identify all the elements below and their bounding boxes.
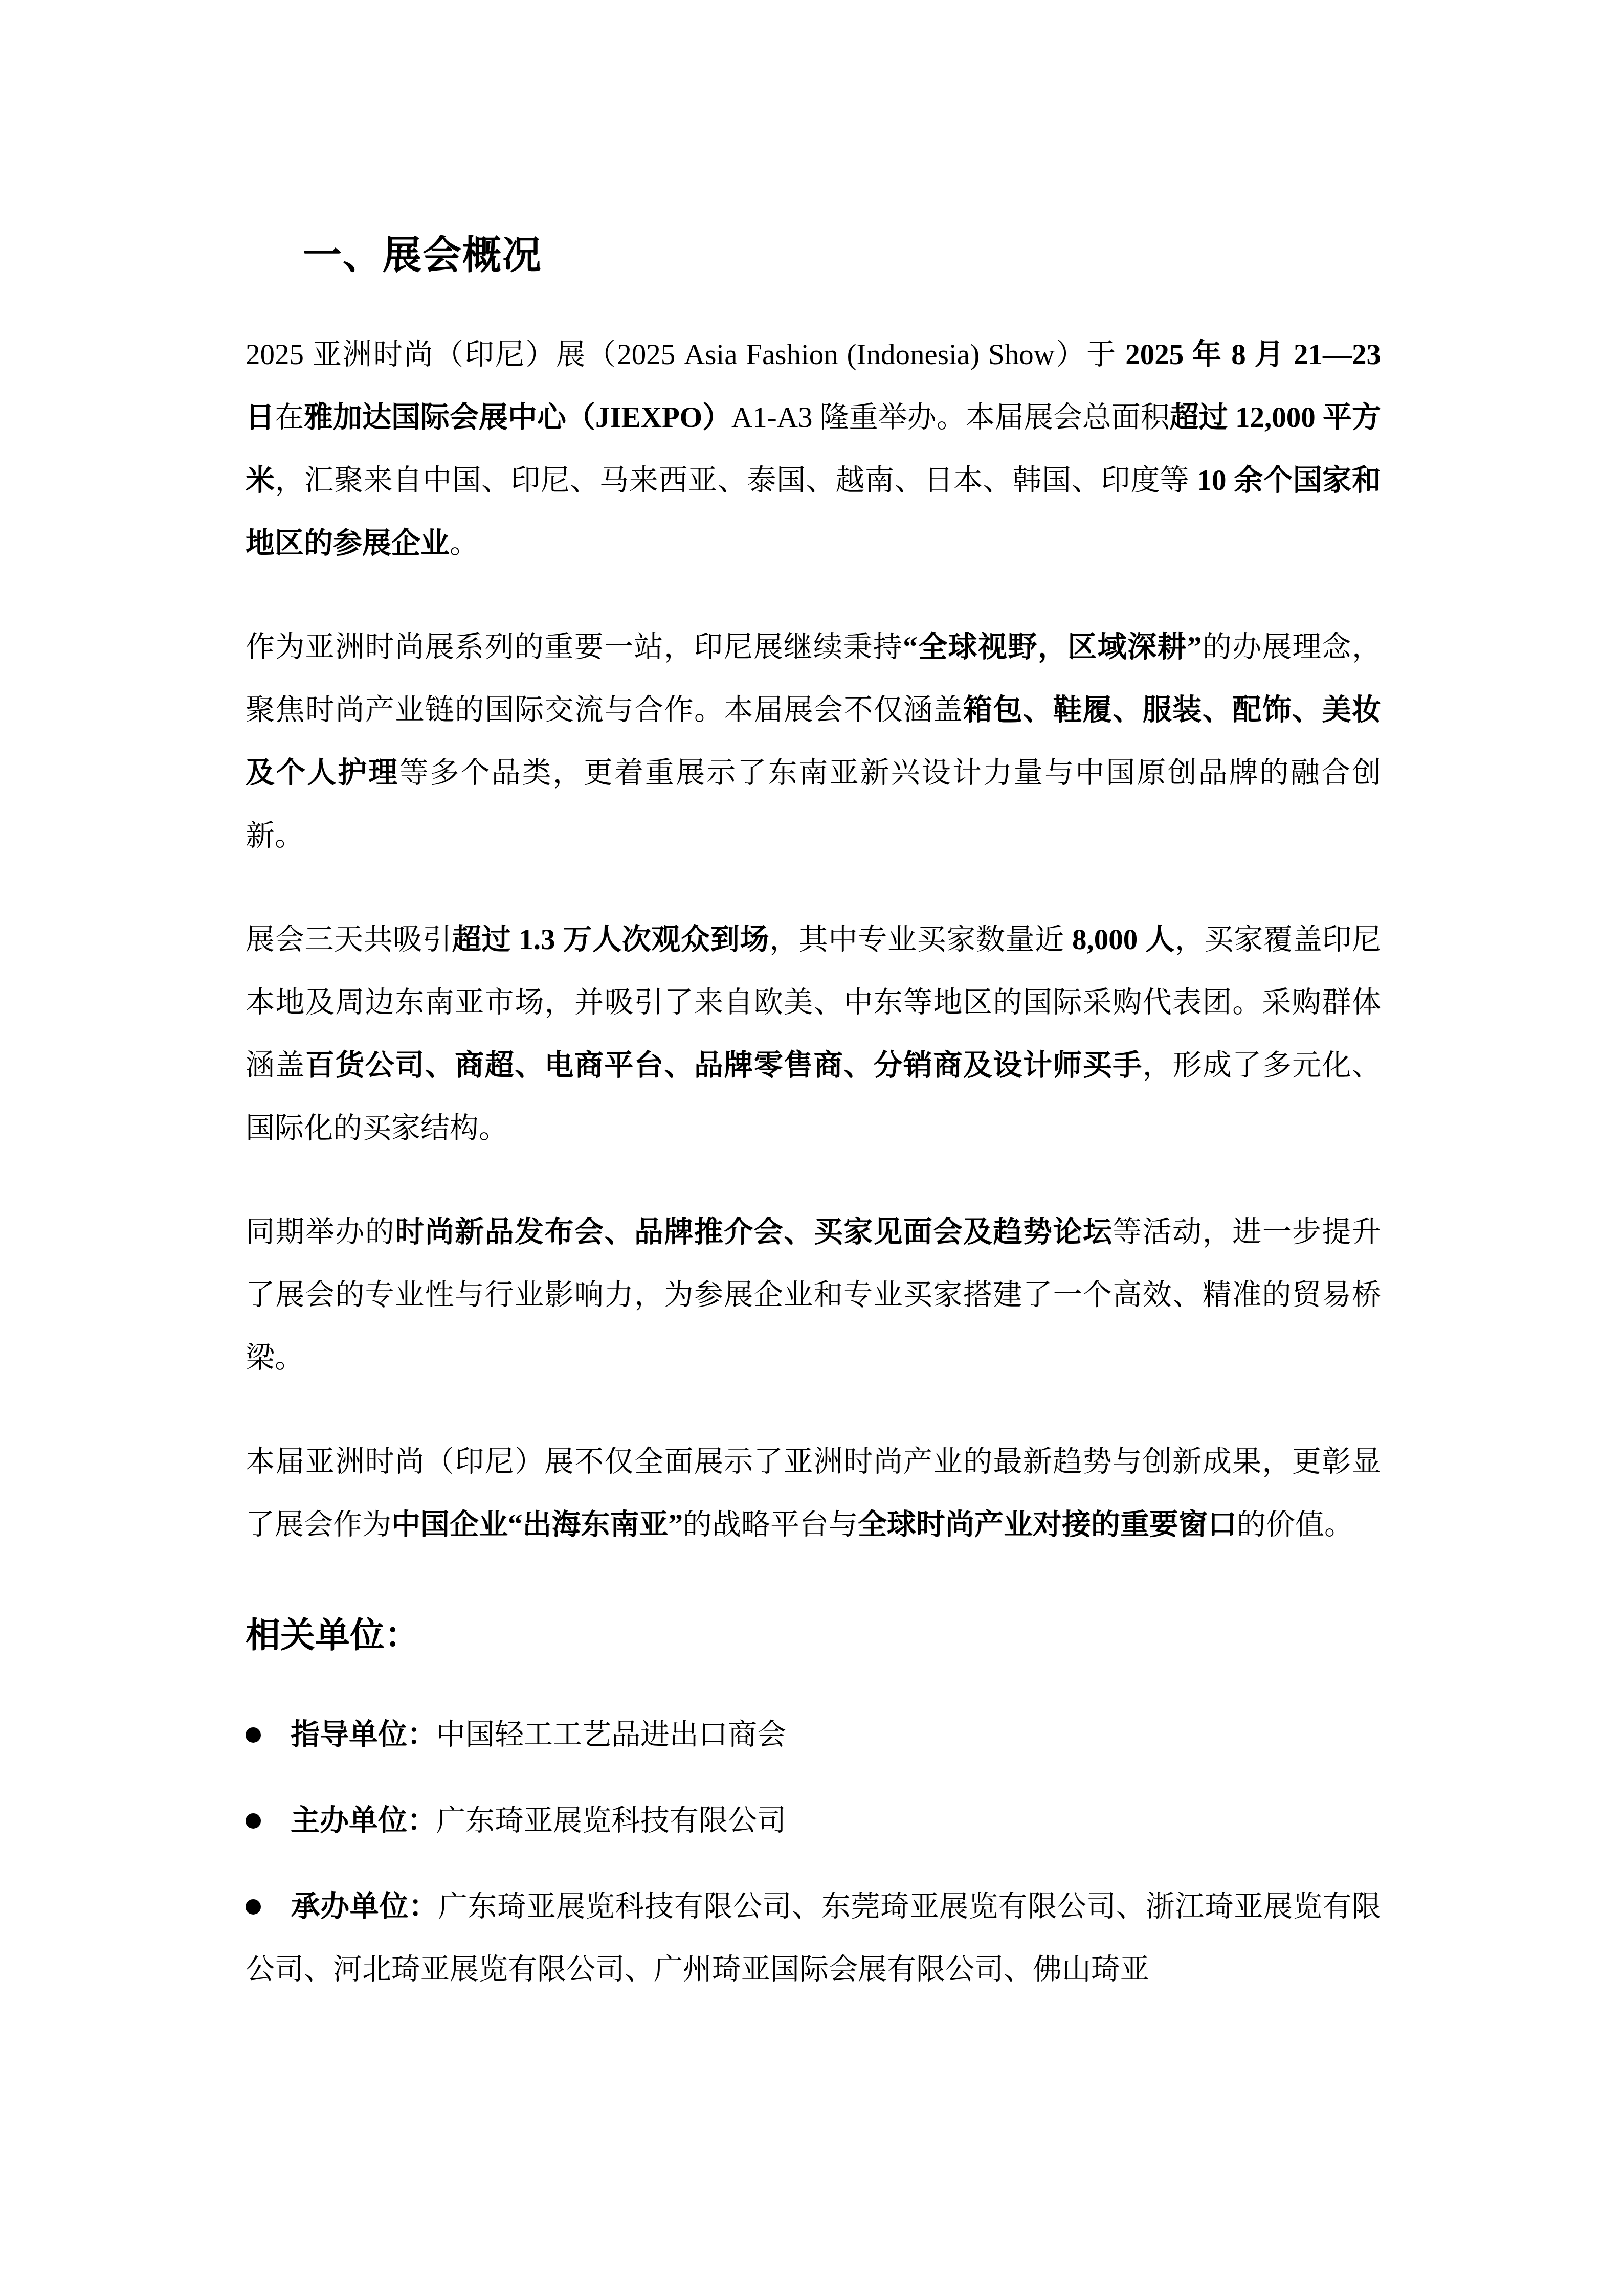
bullet-item: 承办单位：广东琦亚展览科技有限公司、东莞琦亚展览有限公司、浙江琦亚展览有限公司、… xyxy=(246,1875,1381,2001)
related-units-list: 指导单位：中国轻工工艺品进出口商会主办单位：广东琦亚展览科技有限公司承办单位：广… xyxy=(246,1703,1381,2001)
emphasis-text: 全球时尚产业对接的重要窗口 xyxy=(858,1509,1237,1541)
bullet-text: 中国轻工工艺品进出口商会 xyxy=(436,1719,786,1751)
body-text: 的战略平台与 xyxy=(683,1509,858,1541)
body-text: 等多个品类，更着重展示了东南亚新兴设计力量与中国原创品牌的融合创新。 xyxy=(246,757,1381,852)
body-text: 。 xyxy=(450,527,479,559)
document-page: 一、展会概况 2025 亚洲时尚（印尼）展（2025 Asia Fashion … xyxy=(0,0,1624,2296)
body-text: ，汇聚来自中国、印尼、马来西亚、泰国、越南、日本、韩国、印度等 xyxy=(275,464,1197,497)
bullet-label: 指导单位： xyxy=(291,1719,436,1751)
bullet-label: 主办单位： xyxy=(291,1805,436,1837)
bullet-item: 主办单位：广东琦亚展览科技有限公司 xyxy=(246,1789,1381,1852)
emphasis-text: 中国企业“出海东南亚” xyxy=(391,1509,683,1541)
emphasis-text: 超过 1.3 万人次观众到场 xyxy=(452,924,769,956)
paragraph: 展会三天共吸引超过 1.3 万人次观众到场，其中专业买家数量近 8,000 人，… xyxy=(246,908,1381,1160)
body-text: ，其中专业买家数量近 xyxy=(769,924,1072,956)
bullet-text: 广东琦亚展览科技有限公司 xyxy=(436,1805,786,1837)
emphasis-text: 百货公司、商超、电商平台、品牌零售商、分销商及设计师买手 xyxy=(305,1049,1143,1082)
paragraph: 2025 亚洲时尚（印尼）展（2025 Asia Fashion (Indone… xyxy=(246,323,1381,575)
body-text: A1-A3 隆重举办。本届展会总面积 xyxy=(731,401,1170,434)
paragraph: 作为亚洲时尚展系列的重要一站，印尼展继续秉持“全球视野，区域深耕”的办展理念，聚… xyxy=(246,616,1381,867)
body-text: 同期举办的 xyxy=(246,1216,395,1248)
related-units-heading: 相关单位： xyxy=(246,1612,1381,1658)
emphasis-text: 雅加达国际会展中心（JIEXPO） xyxy=(304,401,731,434)
bullet-label: 承办单位： xyxy=(291,1890,438,1923)
paragraph: 同期举办的时尚新品发布会、品牌推介会、买家见面会及趋势论坛等活动，进一步提升了展… xyxy=(246,1201,1381,1389)
section-heading: 一、展会概况 xyxy=(303,228,1381,284)
body-text: 2025 亚洲时尚（印尼）展（2025 Asia Fashion (Indone… xyxy=(246,339,1125,371)
body-paragraphs: 2025 亚洲时尚（印尼）展（2025 Asia Fashion (Indone… xyxy=(246,323,1381,1556)
paragraph: 本届亚洲时尚（印尼）展不仅全面展示了亚洲时尚产业的最新趋势与创新成果，更彰显了展… xyxy=(246,1430,1381,1556)
body-text: 展会三天共吸引 xyxy=(246,924,452,956)
body-text: 的价值。 xyxy=(1237,1509,1353,1541)
body-text: 作为亚洲时尚展系列的重要一站，印尼展继续秉持 xyxy=(246,631,903,663)
bullet-icon xyxy=(246,1899,261,1915)
bullet-icon xyxy=(246,1727,261,1743)
body-text: 在 xyxy=(275,401,304,434)
emphasis-text: 时尚新品发布会、品牌推介会、买家见面会及趋势论坛 xyxy=(395,1216,1113,1248)
bullet-item: 指导单位：中国轻工工艺品进出口商会 xyxy=(246,1703,1381,1766)
bullet-icon xyxy=(246,1813,261,1829)
emphasis-text: “全球视野，区域深耕” xyxy=(903,631,1202,663)
emphasis-text: 8,000 人 xyxy=(1072,924,1175,956)
